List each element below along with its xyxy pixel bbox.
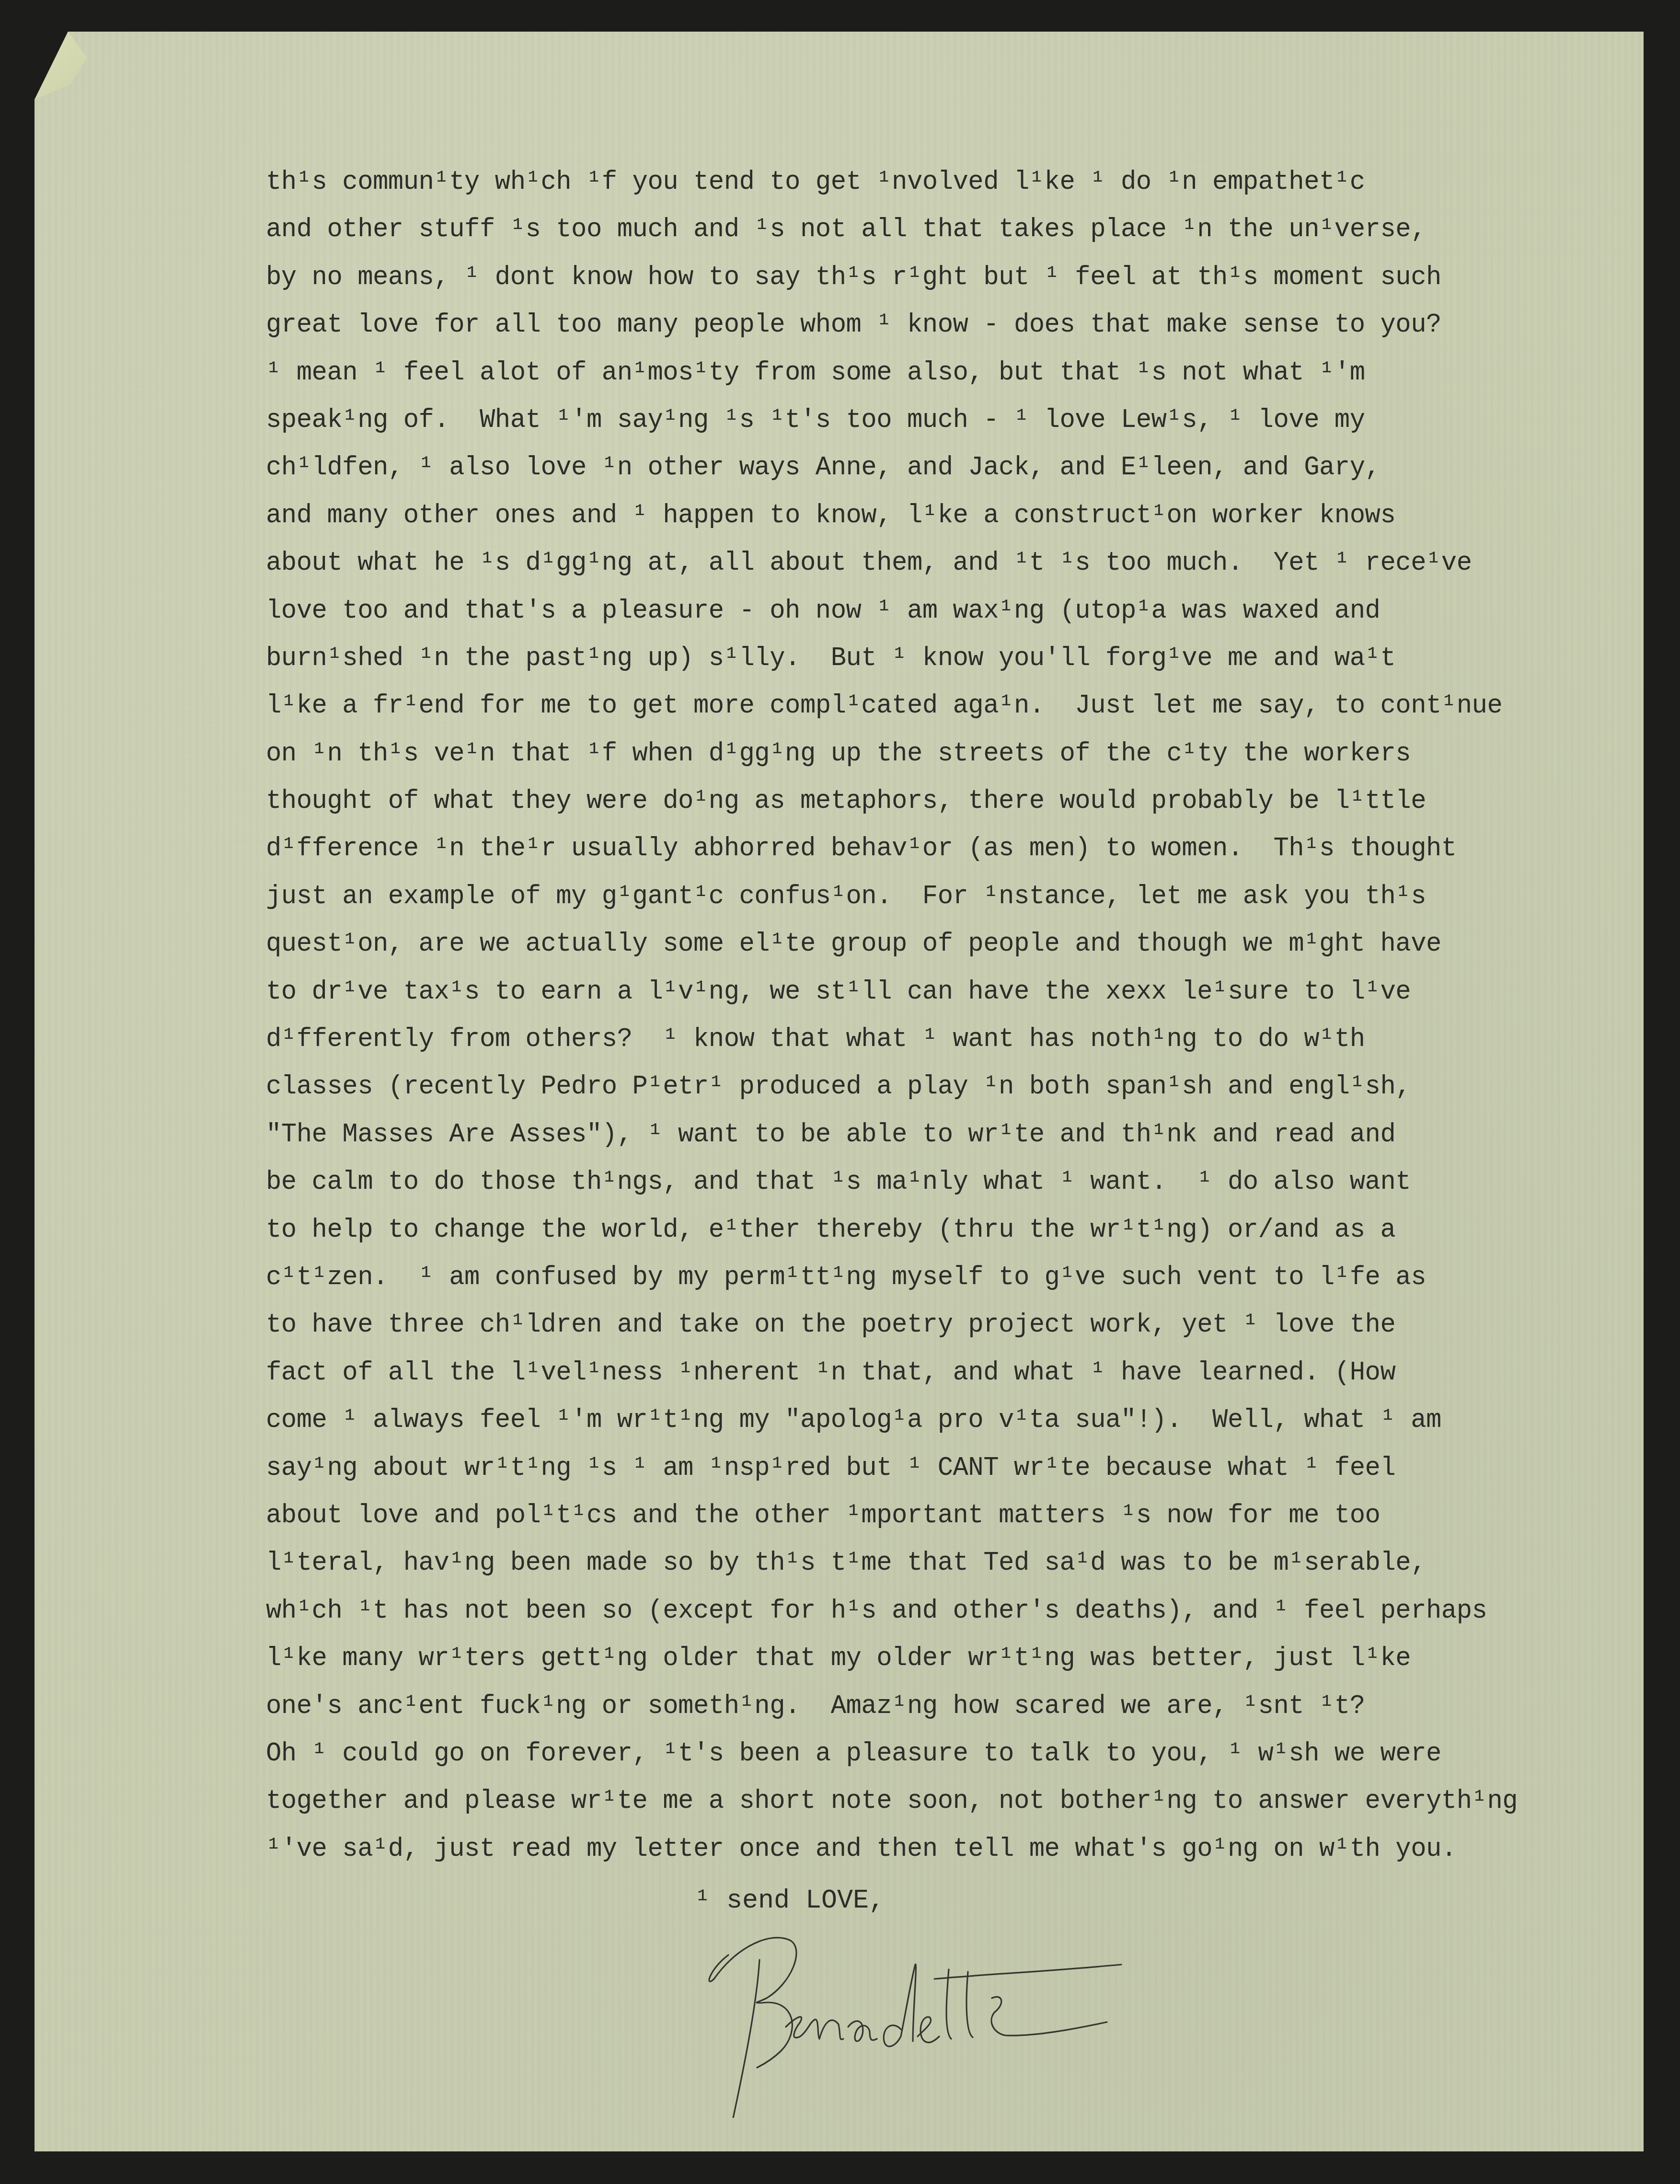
letter-line: just an example of my g¹gant¹c confus¹on… xyxy=(266,873,1604,920)
letter-line: love too and that's a pleasure - oh now … xyxy=(266,587,1604,634)
letter-line: c¹t¹zen. ¹ am confused by my perm¹tt¹ng … xyxy=(266,1253,1604,1301)
letter-line: d¹fference ¹n the¹r usually abhorred beh… xyxy=(266,825,1604,872)
letter-line: Oh ¹ could go on forever, ¹t's been a pl… xyxy=(266,1730,1604,1777)
letter-line: classes (recently Pedro P¹etr¹ produced … xyxy=(266,1063,1604,1110)
signature-handwriting xyxy=(700,1926,1169,2118)
letter-line: about what he ¹s d¹gg¹ng at, all about t… xyxy=(266,539,1604,586)
letter-line: l¹ke a fr¹end for me to get more compl¹c… xyxy=(266,682,1604,729)
letter-line: to have three ch¹ldren and take on the p… xyxy=(266,1301,1604,1348)
letter-line: thought of what they were do¹ng as metap… xyxy=(266,777,1604,825)
letter-line: ¹ mean ¹ feel alot of an¹mos¹ty from som… xyxy=(266,349,1604,396)
letter-line: together and please wr¹te me a short not… xyxy=(266,1777,1604,1825)
letter-line: ¹'ve sa¹d, just read my letter once and … xyxy=(266,1825,1604,1873)
letter-line: great love for all too many people whom … xyxy=(266,301,1604,348)
letter-line: th¹s commun¹ty wh¹ch ¹f you tend to get … xyxy=(266,158,1604,206)
letter-line: fact of all the l¹vel¹ness ¹nherent ¹n t… xyxy=(266,1349,1604,1396)
letter-line: wh¹ch ¹t has not been so (except for h¹s… xyxy=(266,1587,1604,1634)
letter-line: say¹ng about wr¹t¹ng ¹s ¹ am ¹nsp¹red bu… xyxy=(266,1444,1604,1492)
letter-line: and many other ones and ¹ happen to know… xyxy=(266,492,1604,539)
letter-line: speak¹ng of. What ¹'m say¹ng ¹s ¹t's too… xyxy=(266,396,1604,444)
letter-line: ch¹ldfen, ¹ also love ¹n other ways Anne… xyxy=(266,444,1604,491)
letter-line: d¹fferently from others? ¹ know that wha… xyxy=(266,1015,1604,1063)
letter-line: come ¹ always feel ¹'m wr¹t¹ng my "apolo… xyxy=(266,1396,1604,1444)
letter-line: about love and pol¹t¹cs and the other ¹m… xyxy=(266,1492,1604,1539)
letter-body: th¹s commun¹ty wh¹ch ¹f you tend to get … xyxy=(266,158,1632,1873)
letter-line: on ¹n th¹s ve¹n that ¹f when d¹gg¹ng up … xyxy=(266,730,1604,777)
letter-line: "The Masses Are Asses"), ¹ want to be ab… xyxy=(266,1111,1604,1158)
letter-line: l¹ke many wr¹ters gett¹ng older that my … xyxy=(266,1634,1604,1682)
letter-line: l¹teral, hav¹ng been made so by th¹s t¹m… xyxy=(266,1539,1604,1586)
letter-line: and other stuff ¹s too much and ¹s not a… xyxy=(266,206,1604,253)
closing-salutation: ¹ send LOVE, xyxy=(695,1885,885,1916)
letter-line: quest¹on, are we actually some el¹te gro… xyxy=(266,920,1604,967)
letter-line: burn¹shed ¹n the past¹ng up) s¹lly. But … xyxy=(266,634,1604,682)
letter-line: to help to change the world, e¹ther ther… xyxy=(266,1206,1604,1253)
letter-line: to dr¹ve tax¹s to earn a l¹v¹ng, we st¹l… xyxy=(266,968,1604,1015)
letter-line: one's anc¹ent fuck¹ng or someth¹ng. Amaz… xyxy=(266,1682,1604,1730)
letter-line: by no means, ¹ dont know how to say th¹s… xyxy=(266,253,1604,301)
letter-line: be calm to do those th¹ngs, and that ¹s … xyxy=(266,1158,1604,1206)
